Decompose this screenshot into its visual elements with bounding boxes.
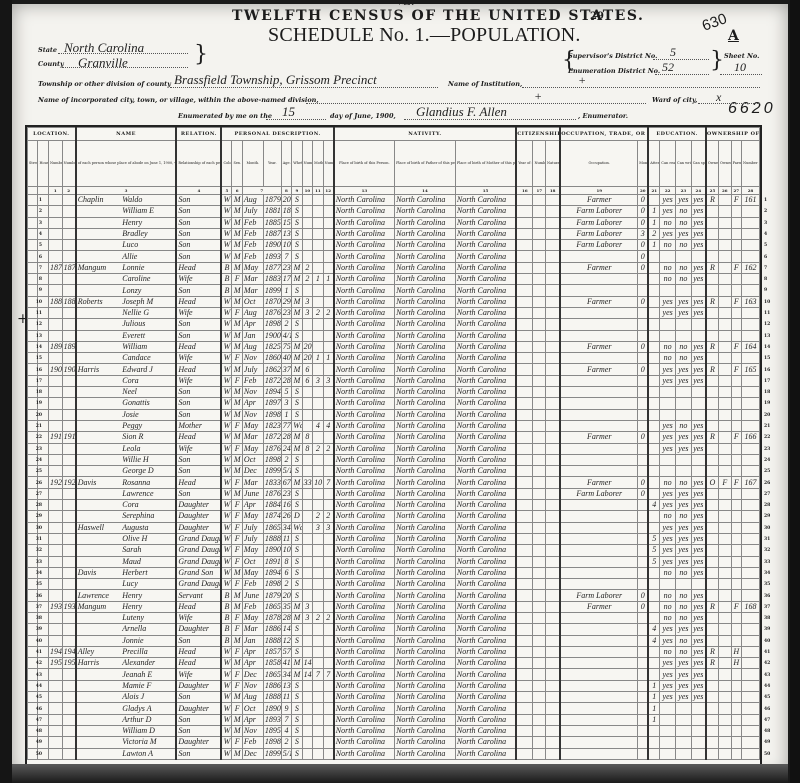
- birthplace-father: North Carolina: [395, 228, 456, 239]
- owned-rented: [706, 409, 719, 420]
- can-read: no: [660, 477, 676, 488]
- can-read: yes: [660, 669, 676, 680]
- years-in-us: [533, 500, 546, 511]
- given-name: Gonattis: [120, 398, 173, 408]
- school-months: 1: [648, 206, 660, 217]
- years-married: 2: [302, 274, 312, 285]
- can-read: no: [660, 567, 676, 578]
- naturalization: [546, 612, 561, 623]
- birthplace-mother: North Carolina: [455, 669, 516, 680]
- color-race: W: [221, 420, 231, 431]
- age: 15: [281, 217, 291, 228]
- months-unemployed: [638, 737, 648, 748]
- naturalization: [546, 375, 561, 386]
- given-name: Joseph M: [120, 297, 173, 307]
- line-number-right: 2: [764, 209, 778, 214]
- dwelling-number: [48, 500, 62, 511]
- birthplace-mother: North Carolina: [455, 612, 516, 623]
- sex: M: [232, 466, 242, 477]
- birthplace-mother: North Carolina: [455, 703, 516, 714]
- given-name: Lawton A: [120, 749, 173, 759]
- age: 23: [281, 262, 291, 273]
- farm-house: [731, 533, 741, 544]
- column-number: 27: [731, 187, 741, 195]
- table-row: Olive HGrand DaughterWFJuly188811SNorth …: [28, 533, 760, 544]
- months-unemployed: [638, 522, 648, 533]
- years-in-us: [533, 195, 546, 206]
- occupation: [560, 669, 638, 680]
- color-race: B: [221, 624, 231, 635]
- can-write: no: [676, 477, 692, 488]
- occupation: [560, 545, 638, 556]
- dwelling-number: [48, 319, 62, 330]
- given-name: Victoria M: [120, 737, 173, 747]
- occupation: [560, 658, 638, 669]
- can-write: yes: [676, 500, 692, 511]
- owned-rented: [706, 398, 719, 409]
- farm-house: [731, 353, 741, 364]
- age: 4/12: [281, 330, 291, 341]
- birth-year: 1886: [263, 624, 281, 635]
- years-married: [302, 454, 312, 465]
- can-write: no: [676, 567, 692, 578]
- surname: Davis: [78, 568, 121, 578]
- farm-schedule-number: [742, 737, 760, 748]
- given-name: Precilla: [120, 647, 173, 657]
- age: 13: [281, 680, 291, 691]
- mother-of: [313, 195, 323, 206]
- scan-bottom-edge: [12, 764, 788, 783]
- mother-of: [313, 488, 323, 499]
- sex: F: [232, 612, 242, 623]
- table-row: 192192DavisRosannaHeadWFMar183367M33107N…: [28, 477, 760, 488]
- children-living: [323, 285, 334, 296]
- can-write: yes: [676, 296, 692, 307]
- birthplace-mother: North Carolina: [455, 477, 516, 488]
- can-read: yes: [660, 680, 676, 691]
- line-number-right: 37: [764, 605, 778, 610]
- years-married: [302, 646, 312, 657]
- given-name: Mamie F: [120, 681, 173, 691]
- line-number-right: 44: [764, 684, 778, 689]
- school-months: [648, 748, 660, 759]
- birth-year: 1865: [263, 522, 281, 533]
- birth-month: May: [242, 545, 263, 556]
- birth-month: Mar: [242, 432, 263, 443]
- months-unemployed: [638, 567, 648, 578]
- column-number: 4: [176, 187, 221, 195]
- owned-rented: [706, 240, 719, 251]
- birthplace-mother: North Carolina: [455, 206, 516, 217]
- birth-year: 1885: [263, 217, 281, 228]
- farm-schedule-number: [742, 545, 760, 556]
- immigration-year: [516, 353, 533, 364]
- line-number-right: 35: [764, 582, 778, 587]
- birthplace-person: North Carolina: [334, 443, 395, 454]
- col-can-read: Can read.: [660, 141, 676, 187]
- birth-month: Feb: [242, 601, 263, 612]
- sex: M: [232, 714, 242, 725]
- dwelling-number: 194: [48, 646, 62, 657]
- owned-rented: [706, 511, 719, 522]
- table-row: PeggyMotherWFMay182377Wd44North Carolina…: [28, 420, 760, 431]
- years-in-us: [533, 669, 546, 680]
- free-mortgaged: [718, 387, 731, 398]
- marital-status: M: [292, 432, 302, 443]
- birth-year: 1878: [263, 612, 281, 623]
- can-write: [676, 737, 692, 748]
- age: 4: [281, 725, 291, 736]
- family-number: [62, 522, 76, 533]
- birth-month: Apr: [242, 319, 263, 330]
- family-number: [62, 195, 76, 206]
- farm-schedule-number: 166: [742, 432, 760, 443]
- person-name: Lonzy: [76, 285, 177, 296]
- district-brace-left: }: [562, 48, 576, 73]
- column-number: 10: [302, 187, 312, 195]
- birth-year: 1879: [263, 590, 281, 601]
- free-mortgaged: [718, 658, 731, 669]
- children-living: 2: [323, 511, 334, 522]
- dwelling-number: [48, 533, 62, 544]
- person-name: Alois J: [76, 692, 177, 703]
- years-in-us: [533, 387, 546, 398]
- free-mortgaged: [718, 669, 731, 680]
- birthplace-person: North Carolina: [334, 206, 395, 217]
- naturalization: [546, 228, 561, 239]
- person-name: Lawton A: [76, 748, 177, 759]
- farm-house: [731, 669, 741, 680]
- owned-rented: [706, 669, 719, 680]
- birth-year: 1890: [263, 240, 281, 251]
- color-race: W: [221, 409, 231, 420]
- school-months: [648, 420, 660, 431]
- years-married: [302, 285, 312, 296]
- can-read: yes: [660, 692, 676, 703]
- birth-year: 1886: [263, 680, 281, 691]
- sex: M: [232, 319, 242, 330]
- birthplace-father: North Carolina: [395, 669, 456, 680]
- line-number-left: 37: [26, 605, 42, 610]
- person-name: HarrisEdward J: [76, 364, 177, 375]
- can-write: [676, 285, 692, 296]
- children-living: [323, 680, 334, 691]
- can-write: yes: [676, 432, 692, 443]
- relation: Wife: [176, 353, 221, 364]
- birth-year: 1895: [263, 725, 281, 736]
- free-mortgaged: [718, 443, 731, 454]
- mother-of: [313, 703, 323, 714]
- person-name: Maud: [76, 556, 177, 567]
- given-name: Cora: [120, 500, 173, 510]
- naturalization: [546, 579, 561, 590]
- birthplace-father: North Carolina: [395, 477, 456, 488]
- immigration-year: [516, 601, 533, 612]
- years-in-us: [533, 477, 546, 488]
- years-married: 20: [302, 353, 312, 364]
- children-living: [323, 319, 334, 330]
- marital-status: S: [292, 714, 302, 725]
- mother-of: [313, 285, 323, 296]
- children-living: [323, 341, 334, 352]
- occupation: [560, 454, 638, 465]
- relation: Wife: [176, 307, 221, 318]
- person-name: Leola: [76, 443, 177, 454]
- free-mortgaged: [718, 251, 731, 262]
- school-months: [648, 330, 660, 341]
- children-living: [323, 590, 334, 601]
- speaks-english: yes: [691, 658, 706, 669]
- column-number: 23: [676, 187, 692, 195]
- mother-of: [313, 567, 323, 578]
- mother-of: [313, 228, 323, 239]
- sex: F: [232, 443, 242, 454]
- sex: F: [232, 307, 242, 318]
- children-living: [323, 748, 334, 759]
- naturalization: [546, 533, 561, 544]
- birthplace-person: North Carolina: [334, 737, 395, 748]
- table-row: GonattisSonWMApr18973SNorth CarolinaNort…: [28, 398, 760, 409]
- section-personal: PERSONAL DESCRIPTION.: [221, 128, 333, 141]
- birth-month: Dec: [242, 669, 263, 680]
- age: 23: [281, 488, 291, 499]
- children-living: [323, 228, 334, 239]
- table-row: 193193MangumHenryHeadBMFeb186535M3North …: [28, 601, 760, 612]
- years-in-us: [533, 488, 546, 499]
- table-row: 195195HarrisAlexanderHeadWMApr185841M14N…: [28, 658, 760, 669]
- given-name: Lonzy: [120, 286, 173, 296]
- can-write: no: [676, 590, 692, 601]
- dwelling-number: 189: [48, 341, 62, 352]
- col-year: Year.: [263, 141, 281, 187]
- color-race: W: [221, 251, 231, 262]
- person-name: Bradley: [76, 228, 177, 239]
- color-race: B: [221, 590, 231, 601]
- owned-rented: [706, 387, 719, 398]
- farm-house: [731, 443, 741, 454]
- years-in-us: [533, 680, 546, 691]
- school-months: 1: [648, 217, 660, 228]
- relation: Son: [176, 387, 221, 398]
- marital-status: S: [292, 624, 302, 635]
- supervisor-district-label: Supervisor's District No.: [568, 52, 657, 60]
- years-married: 6: [302, 375, 312, 386]
- birthplace-mother: North Carolina: [455, 646, 516, 657]
- farm-house: [731, 590, 741, 601]
- farm-schedule-number: [742, 714, 760, 725]
- birthplace-mother: North Carolina: [455, 240, 516, 251]
- immigration-year: [516, 364, 533, 375]
- farm-schedule-number: [742, 443, 760, 454]
- birth-year: 1865: [263, 601, 281, 612]
- birthplace-father: North Carolina: [395, 579, 456, 590]
- sex: M: [232, 454, 242, 465]
- relation: Son: [176, 217, 221, 228]
- birthplace-father: North Carolina: [395, 274, 456, 285]
- months-unemployed: 0: [638, 240, 648, 251]
- occupation: [560, 714, 638, 725]
- farm-schedule-number: [742, 375, 760, 386]
- free-mortgaged: [718, 217, 731, 228]
- given-name: Arnella: [120, 624, 173, 634]
- school-months: 1: [648, 703, 660, 714]
- birthplace-father: North Carolina: [395, 556, 456, 567]
- birthplace-father: North Carolina: [395, 714, 456, 725]
- column-number: 8: [281, 187, 291, 195]
- given-name: Waldo: [120, 195, 173, 205]
- naturalization: [546, 692, 561, 703]
- school-months: 4: [648, 635, 660, 646]
- col-children-living: Number of these children living.: [323, 141, 334, 187]
- person-name: George D: [76, 466, 177, 477]
- birthplace-father: North Carolina: [395, 240, 456, 251]
- table-row: EverettSonWMJan19004/12SNorth CarolinaNo…: [28, 330, 760, 341]
- children-living: [323, 454, 334, 465]
- line-number-right: 39: [764, 627, 778, 632]
- naturalization: [546, 737, 561, 748]
- line-number-right: 45: [764, 695, 778, 700]
- farm-house: F: [731, 364, 741, 375]
- age: 11: [281, 533, 291, 544]
- line-number-left: 7: [26, 266, 42, 271]
- family-number: [62, 533, 76, 544]
- line-number-left: 2: [26, 209, 42, 214]
- given-name: William D: [120, 726, 173, 736]
- table-row: NeelSonWMNov18945SNorth CarolinaNorth Ca…: [28, 387, 760, 398]
- can-write: [676, 748, 692, 759]
- mother-of: [313, 330, 323, 341]
- speaks-english: yes: [691, 692, 706, 703]
- years-married: [302, 556, 312, 567]
- birthplace-father: North Carolina: [395, 511, 456, 522]
- surname: Harris: [78, 658, 121, 668]
- farm-schedule-number: [742, 658, 760, 669]
- free-mortgaged: [718, 692, 731, 703]
- birth-month: Dec: [242, 748, 263, 759]
- birthplace-person: North Carolina: [334, 748, 395, 759]
- color-race: W: [221, 488, 231, 499]
- birth-year: 1872: [263, 375, 281, 386]
- can-read: [660, 398, 676, 409]
- birth-month: May: [242, 262, 263, 273]
- sex: M: [232, 658, 242, 669]
- family-number: [62, 443, 76, 454]
- years-married: [302, 488, 312, 499]
- given-name: Peggy: [120, 421, 173, 431]
- age: 20: [281, 590, 291, 601]
- birthplace-person: North Carolina: [334, 725, 395, 736]
- immigration-year: [516, 635, 533, 646]
- years-in-us: [533, 285, 546, 296]
- line-number-right: 4: [764, 232, 778, 237]
- table-row: HenrySonWMFeb188515SNorth CarolinaNorth …: [28, 217, 760, 228]
- line-number-right: 31: [764, 537, 778, 542]
- birthplace-mother: North Carolina: [455, 466, 516, 477]
- marital-status: S: [292, 251, 302, 262]
- can-write: no: [676, 612, 692, 623]
- children-living: [323, 725, 334, 736]
- years-married: 3: [302, 296, 312, 307]
- line-number-left: 14: [26, 345, 42, 350]
- occupation: [560, 285, 638, 296]
- farm-schedule-number: [742, 319, 760, 330]
- owned-rented: [706, 579, 719, 590]
- birth-month: May: [242, 443, 263, 454]
- person-name: William D: [76, 725, 177, 736]
- naturalization: [546, 556, 561, 567]
- person-name: MangumLonnie: [76, 262, 177, 273]
- relation: Head: [176, 646, 221, 657]
- school-months: [648, 319, 660, 330]
- farm-schedule-number: [742, 398, 760, 409]
- sex: M: [232, 206, 242, 217]
- can-read: [660, 579, 676, 590]
- person-name: Neel: [76, 387, 177, 398]
- column-number: 19: [560, 187, 638, 195]
- owned-rented: [706, 590, 719, 601]
- can-read: [660, 703, 676, 714]
- owned-rented: [706, 228, 719, 239]
- marital-status: S: [292, 567, 302, 578]
- naturalization: [546, 658, 561, 669]
- birthplace-person: North Carolina: [334, 500, 395, 511]
- mother-of: [313, 590, 323, 601]
- birthplace-father: North Carolina: [395, 387, 456, 398]
- months-unemployed: 0: [638, 364, 648, 375]
- birthplace-person: North Carolina: [334, 307, 395, 318]
- enumerated-day-line: [266, 119, 326, 120]
- owned-rented: [706, 680, 719, 691]
- farm-schedule-number: [742, 680, 760, 691]
- marital-status: M: [292, 307, 302, 318]
- birth-month: May: [242, 612, 263, 623]
- sex: M: [232, 195, 242, 206]
- immigration-year: [516, 228, 533, 239]
- school-months: [648, 488, 660, 499]
- corner-letter: A: [728, 28, 739, 44]
- school-months: [648, 285, 660, 296]
- years-in-us: [533, 556, 546, 567]
- school-months: [648, 195, 660, 206]
- school-months: [648, 612, 660, 623]
- farm-house: [731, 556, 741, 567]
- speaks-english: yes: [691, 341, 706, 352]
- years-married: [302, 240, 312, 251]
- years-in-us: [533, 206, 546, 217]
- col-owned-rented: Owned or rented.: [706, 141, 719, 187]
- age: 20: [281, 195, 291, 206]
- dwelling-number: [48, 624, 62, 635]
- farm-schedule-number: [742, 307, 760, 318]
- schedule-title: SCHEDULE No. 1.—POPULATION.: [268, 24, 581, 47]
- free-mortgaged: [718, 522, 731, 533]
- dwelling-number: [48, 240, 62, 251]
- naturalization: [546, 511, 561, 522]
- color-race: W: [221, 511, 231, 522]
- birthplace-person: North Carolina: [334, 567, 395, 578]
- birth-month: Feb: [242, 228, 263, 239]
- relation: Head: [176, 341, 221, 352]
- col-attended-school: Attended school (in months).: [648, 141, 660, 187]
- free-mortgaged: F: [718, 477, 731, 488]
- birth-month: July: [242, 533, 263, 544]
- birth-year: 1891: [263, 556, 281, 567]
- occupation: [560, 612, 638, 623]
- family-number: [62, 274, 76, 285]
- dwelling-number: [48, 274, 62, 285]
- speaks-english: yes: [691, 195, 706, 206]
- table-row: ChaplinWaldoSonWMAug187920SNorth Carolin…: [28, 195, 760, 206]
